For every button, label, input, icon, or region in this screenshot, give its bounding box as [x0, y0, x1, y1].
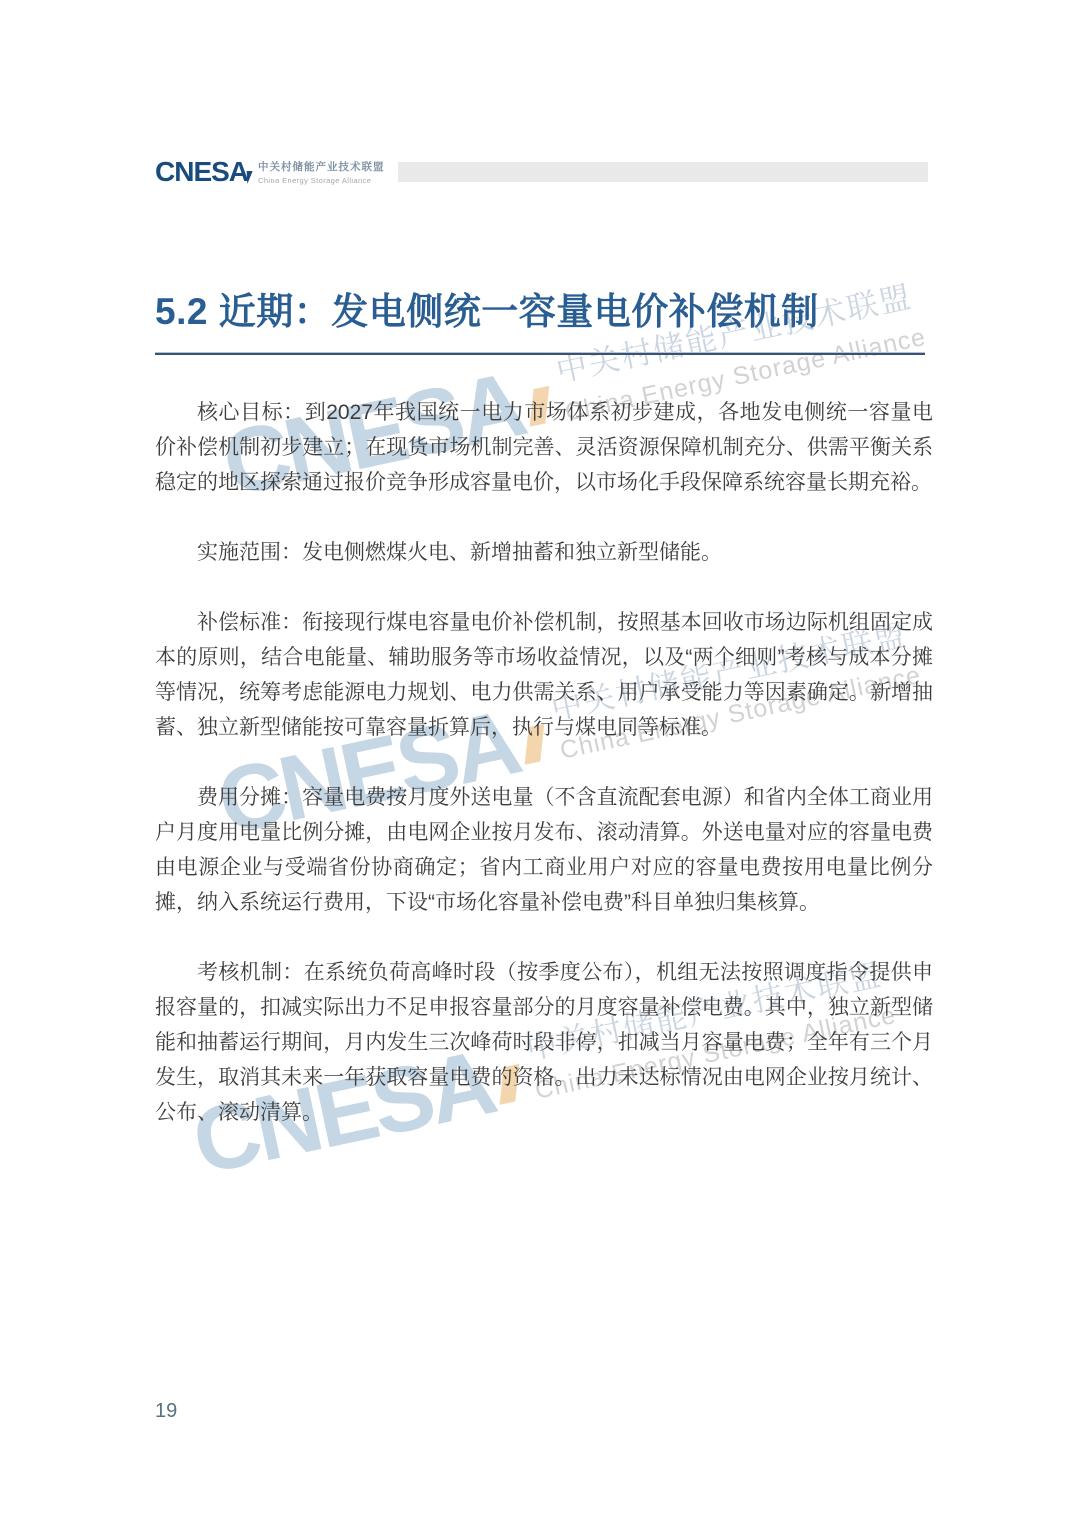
cnesa-logo: CNESA 中关村储能产业技术联盟 China Energy Storage A…: [155, 158, 385, 186]
cnesa-logo-chinese-name: 中关村储能产业技术联盟: [258, 159, 385, 174]
title-divider-rule: [155, 352, 925, 355]
paragraph-core-goal: 核心目标：到2027年我国统一电力市场体系初步建成，各地发电侧统一容量电价补偿机…: [155, 395, 933, 500]
header-gray-bar: [398, 162, 928, 182]
document-page: CNESA 中关村储能产业技术联盟 China Energy Storage A…: [0, 0, 1080, 1515]
cnesa-logo-text-column: 中关村储能产业技术联盟 China Energy Storage Allianc…: [258, 159, 385, 185]
paragraph-compensation-standard: 补偿标准：衔接现行煤电容量电价补偿机制，按照基本回收市场边际机组固定成本的原则，…: [155, 605, 933, 745]
cnesa-logo-wordmark: CNESA: [155, 158, 248, 186]
page-header: CNESA 中关村储能产业技术联盟 China Energy Storage A…: [155, 158, 928, 186]
paragraph-cost-allocation: 费用分摊：容量电费按月度外送电量（不含直流配套电源）和省内全体工商业用户月度用电…: [155, 780, 933, 920]
section-title: 5.2 近期：发电侧统一容量电价补偿机制: [155, 281, 935, 335]
page-number: 19: [155, 1400, 177, 1423]
body-content: 核心目标：到2027年我国统一电力市场体系初步建成，各地发电侧统一容量电价补偿机…: [155, 395, 933, 1165]
cnesa-logo-english-name: China Energy Storage Alliance: [258, 176, 385, 185]
paragraph-scope: 实施范围：发电侧燃煤火电、新增抽蓄和独立新型储能。: [155, 535, 933, 570]
paragraph-assessment-mechanism: 考核机制：在系统负荷高峰时段（按季度公布），机组无法按照调度指令提供申报容量的，…: [155, 955, 933, 1130]
